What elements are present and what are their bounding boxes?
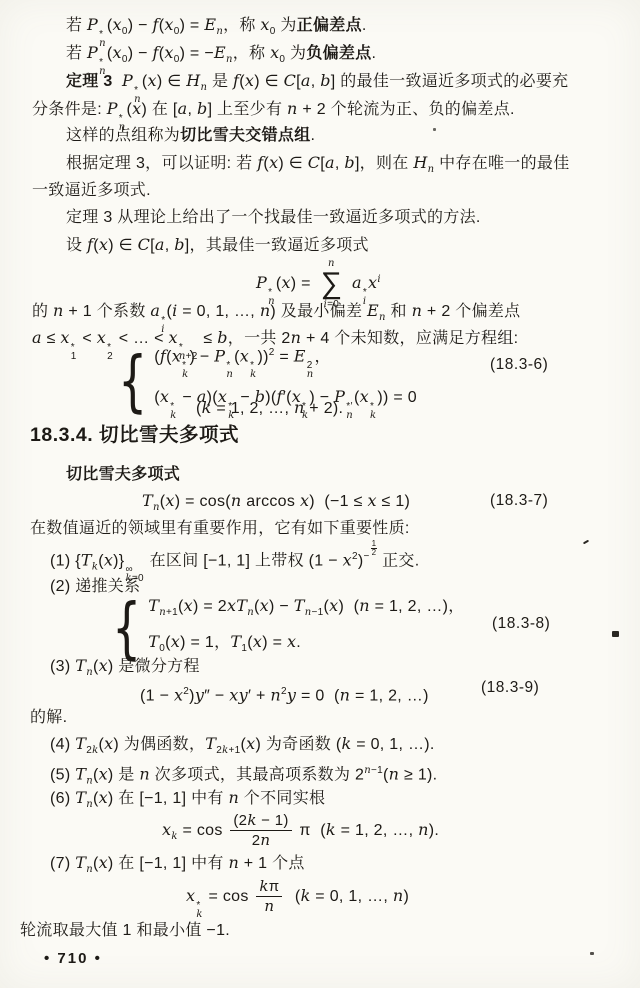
eq6-row3-k-range: (k = 1, 2, …, n + 2). xyxy=(196,397,343,420)
scan-speck xyxy=(612,631,619,637)
eq6-row1: (f(x*k) − P*n(x*k))2 = E2n， xyxy=(154,342,417,379)
property-4-parity: (4) T2k(x) 为偶函数，T2k+1(x) 为奇函数 (k = 0, 1,… xyxy=(50,733,435,762)
formula-chebyshev-definition: Tn(x) = cos(n arccos x) (−1 ≤ x ≤ 1) xyxy=(142,490,410,519)
property-3-differential-equation: (3) Tn(x) 是微分方程 xyxy=(50,655,200,684)
section-heading-18-3-4: 18.3.4. 切比雪夫多项式 xyxy=(30,424,239,446)
formula-differential-equation: (1 − x2)y″ − xy′ + n2y = 0 (n = 1, 2, …) xyxy=(140,681,429,707)
formula-roots: xk = cos (2k − 1)2n π (k = 1, 2, …, n). xyxy=(162,812,439,850)
scan-speck xyxy=(583,540,589,545)
text-uniqueness-line2: 一致逼近多项式. xyxy=(32,180,151,202)
text-chebyshev-alternation-set: 这样的点组称为切比雪夫交错点组. xyxy=(66,125,315,147)
text-importance: 在数值逼近的领域里有重要作用，它有如下重要性质: xyxy=(30,518,410,540)
scan-speck xyxy=(433,128,436,131)
text-alternating-extrema: 轮流取最大值 1 和最小值 −1. xyxy=(20,920,230,942)
equation-number-18-3-6: (18.3-6) xyxy=(490,356,548,374)
left-brace-icon: { xyxy=(118,339,147,423)
text-method: 定理 3 从理论上给出了一个找最佳一致逼近多项式的方法. xyxy=(66,207,481,229)
equation-number-18-3-9: (18.3-9) xyxy=(481,679,539,697)
equation-number-18-3-8: (18.3-8) xyxy=(492,615,550,633)
page-number: • 710 • xyxy=(44,948,102,970)
eq8-row1: Tn+1(x) = 2xTn(x) − Tn−1(x) (n = 1, 2, …… xyxy=(148,595,464,624)
text-chebyshev-polynomial-intro: 切比雪夫多项式 xyxy=(66,464,180,486)
text-uniqueness-line1: 根据定理 3，可以证明: 若 f(x) ∈ C[a, b]，则在 Hn 中存在唯… xyxy=(66,152,570,181)
equation-number-18-3-7: (18.3-7) xyxy=(490,492,548,510)
scanned-textbook-page: 若 P*n(x0) − f(x0) = En，称 x0 为正偏差点. 若 P*n… xyxy=(0,0,640,988)
text-setup: 设 f(x) ∈ C[a, b]，其最佳一致逼近多项式 xyxy=(66,234,369,257)
formula-extrema: x*k = cos kπn (k = 0, 1, …, n) xyxy=(186,878,409,919)
scan-speck xyxy=(590,952,594,955)
text-solution: 的解. xyxy=(30,707,67,729)
equation-system-18-3-8: { Tn+1(x) = 2xTn(x) − Tn−1(x) (n = 1, 2,… xyxy=(112,595,465,660)
